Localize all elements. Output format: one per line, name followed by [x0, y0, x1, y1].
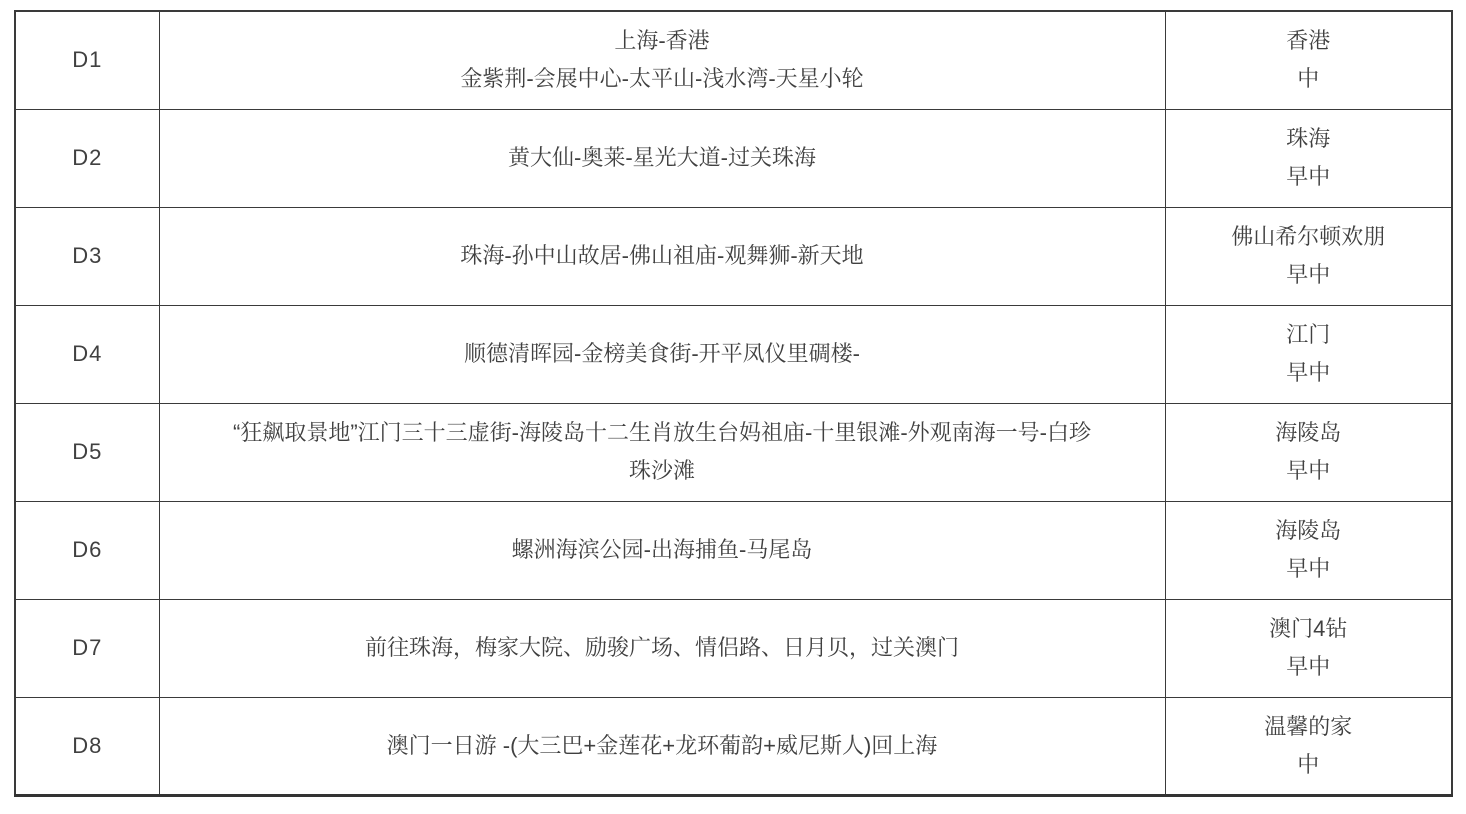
- route-line: 珠沙滩: [170, 452, 1155, 490]
- route-line: 前往珠海，梅家大院、励骏广场、情侣路、日月贝，过关澳门: [170, 629, 1155, 667]
- day-cell: D7: [15, 599, 159, 697]
- hotel-label: 佛山希尔顿欢朋: [1176, 218, 1442, 256]
- day-cell: D2: [15, 109, 159, 207]
- meals-label: 中: [1176, 746, 1442, 784]
- meals-label: 早中: [1176, 354, 1442, 392]
- table-row: D2 黄大仙-奥莱-星光大道-过关珠海 珠海 早中: [15, 109, 1452, 207]
- page: D1 上海-香港 金紫荆-会展中心-太平山-浅水湾-天星小轮 香港 中 D2 黄…: [0, 0, 1466, 814]
- itinerary-table: D1 上海-香港 金紫荆-会展中心-太平山-浅水湾-天星小轮 香港 中 D2 黄…: [14, 10, 1453, 797]
- hotel-meals-cell: 海陵岛 早中: [1165, 501, 1452, 599]
- route-cell: 珠海-孙中山故居-佛山祖庙-观舞狮-新天地: [159, 207, 1165, 305]
- day-label: D8: [72, 733, 102, 758]
- hotel-label: 澳门4钻: [1176, 610, 1442, 648]
- route-cell: 螺洲海滨公园-出海捕鱼-马尾岛: [159, 501, 1165, 599]
- route-line: 螺洲海滨公园-出海捕鱼-马尾岛: [170, 531, 1155, 569]
- day-label: D3: [72, 243, 102, 268]
- day-cell: D4: [15, 305, 159, 403]
- meals-label: 早中: [1176, 452, 1442, 490]
- hotel-meals-cell: 江门 早中: [1165, 305, 1452, 403]
- hotel-meals-cell: 澳门4钻 早中: [1165, 599, 1452, 697]
- route-cell: 顺德清晖园-金榜美食街-开平凤仪里碉楼-: [159, 305, 1165, 403]
- day-label: D5: [72, 439, 102, 464]
- day-cell: D1: [15, 11, 159, 109]
- hotel-label: 江门: [1176, 316, 1442, 354]
- hotel-meals-cell: 香港 中: [1165, 11, 1452, 109]
- route-line: 上海-香港: [170, 22, 1155, 60]
- hotel-meals-cell: 佛山希尔顿欢朋 早中: [1165, 207, 1452, 305]
- hotel-label: 海陵岛: [1176, 414, 1442, 452]
- route-cell: 上海-香港 金紫荆-会展中心-太平山-浅水湾-天星小轮: [159, 11, 1165, 109]
- hotel-meals-cell: 海陵岛 早中: [1165, 403, 1452, 501]
- route-line: 金紫荆-会展中心-太平山-浅水湾-天星小轮: [170, 60, 1155, 98]
- meals-label: 中: [1176, 60, 1442, 98]
- table-row: D5 “狂飙取景地”江门三十三虚街-海陵岛十二生肖放生台妈祖庙-十里银滩-外观南…: [15, 403, 1452, 501]
- hotel-label: 海陵岛: [1176, 512, 1442, 550]
- meals-label: 早中: [1176, 648, 1442, 686]
- hotel-meals-cell: 珠海 早中: [1165, 109, 1452, 207]
- day-label: D4: [72, 341, 102, 366]
- hotel-meals-cell: 温馨的家 中: [1165, 697, 1452, 795]
- meals-label: 早中: [1176, 550, 1442, 588]
- table-row: D1 上海-香港 金紫荆-会展中心-太平山-浅水湾-天星小轮 香港 中: [15, 11, 1452, 109]
- day-cell: D5: [15, 403, 159, 501]
- day-cell: D6: [15, 501, 159, 599]
- hotel-label: 珠海: [1176, 120, 1442, 158]
- route-cell: 前往珠海，梅家大院、励骏广场、情侣路、日月贝，过关澳门: [159, 599, 1165, 697]
- day-cell: D8: [15, 697, 159, 795]
- day-label: D6: [72, 537, 102, 562]
- route-line: 澳门一日游 -(大三巴+金莲花+龙环葡韵+威尼斯人)回上海: [170, 727, 1155, 765]
- route-cell: 黄大仙-奥莱-星光大道-过关珠海: [159, 109, 1165, 207]
- table-row: D7 前往珠海，梅家大院、励骏广场、情侣路、日月贝，过关澳门 澳门4钻 早中: [15, 599, 1452, 697]
- day-label: D1: [72, 47, 102, 72]
- route-line: 珠海-孙中山故居-佛山祖庙-观舞狮-新天地: [170, 237, 1155, 275]
- table-row: D4 顺德清晖园-金榜美食街-开平凤仪里碉楼- 江门 早中: [15, 305, 1452, 403]
- day-label: D7: [72, 635, 102, 660]
- table-row: D3 珠海-孙中山故居-佛山祖庙-观舞狮-新天地 佛山希尔顿欢朋 早中: [15, 207, 1452, 305]
- hotel-label: 香港: [1176, 22, 1442, 60]
- meals-label: 早中: [1176, 256, 1442, 294]
- table-row: D8 澳门一日游 -(大三巴+金莲花+龙环葡韵+威尼斯人)回上海 温馨的家 中: [15, 697, 1452, 795]
- day-cell: D3: [15, 207, 159, 305]
- hotel-label: 温馨的家: [1176, 708, 1442, 746]
- route-cell: “狂飙取景地”江门三十三虚街-海陵岛十二生肖放生台妈祖庙-十里银滩-外观南海一号…: [159, 403, 1165, 501]
- meals-label: 早中: [1176, 158, 1442, 196]
- table-row: D6 螺洲海滨公园-出海捕鱼-马尾岛 海陵岛 早中: [15, 501, 1452, 599]
- route-line: “狂飙取景地”江门三十三虚街-海陵岛十二生肖放生台妈祖庙-十里银滩-外观南海一号…: [170, 414, 1155, 452]
- route-line: 顺德清晖园-金榜美食街-开平凤仪里碉楼-: [170, 335, 1155, 373]
- day-label: D2: [72, 145, 102, 170]
- route-cell: 澳门一日游 -(大三巴+金莲花+龙环葡韵+威尼斯人)回上海: [159, 697, 1165, 795]
- route-line: 黄大仙-奥莱-星光大道-过关珠海: [170, 139, 1155, 177]
